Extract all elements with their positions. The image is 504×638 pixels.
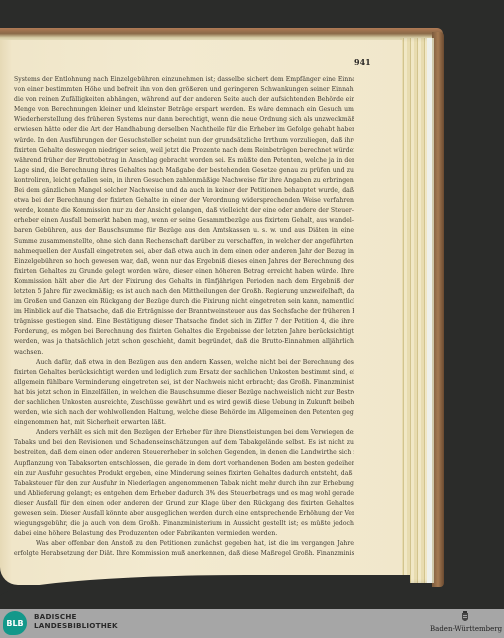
text-line: Summe zusammenstellte, ohne sich dann Re… [14, 237, 354, 247]
text-line: Kommission hält aber die Art der Fixirun… [14, 277, 354, 287]
text-line: die von reinen Zufälligkeiten abhängen, … [14, 95, 354, 105]
text-line: hat bis jetzt schon in Einzelfällen, in … [14, 388, 354, 398]
text-line: im Hinblick auf die Thatsache, daß die E… [14, 307, 354, 317]
text-line: Aupflanzung von Tabaksorten entschlossen… [14, 459, 354, 469]
text-line: werden, wie sich nach der wohlwollenden … [14, 408, 354, 418]
text-line: dabei eine höhere Belastung des Produzen… [14, 529, 354, 539]
text-line: nahmequellen der Ausfall eingetreten sei… [14, 247, 354, 257]
text-line: Tabaks und bei den Revisionen und Schade… [14, 438, 354, 448]
text-line: etwa bei der Berechnung der fixirten Geh… [14, 196, 354, 206]
text-line: baren Gebühren, aus der Bauschsumme für … [14, 226, 354, 236]
text-line: erwiesen hätte oder die Art der Handhabu… [14, 125, 354, 135]
page-stack-edge [400, 38, 434, 583]
state-label[interactable]: Baden-Württemberg [430, 625, 502, 633]
text-line: wachsen. [14, 348, 354, 358]
text-line: dieser Ausfall für den einen oder andere… [14, 499, 354, 509]
text-line: Was aber offenbar den Anstoß zu den Peti… [14, 539, 354, 549]
text-line: Anders verhält es sich mit den Bezügen d… [14, 428, 354, 438]
page-text-body: Systems der Entlohnung nach Einzelgebühr… [14, 75, 354, 560]
text-line: fixirten Gehaltes berücksichtigt werden … [14, 368, 354, 378]
text-line: werde, konnte die Kommission nur zu der … [14, 206, 354, 216]
text-line: der sachlichen Unkosten ausreichte, Zusc… [14, 398, 354, 408]
text-line: Einzelgebühren so hoch gewesen war, daß,… [14, 257, 354, 267]
text-line: Forderung, es mögen bei Berechnung des f… [14, 327, 354, 337]
text-line: Lage sind, die Berechnung ihres Gehaltes… [14, 166, 354, 176]
text-line: und Ablieferung gelangt; es entgehen dem… [14, 489, 354, 499]
coat-of-arms-icon [461, 611, 469, 624]
text-line: bestreiten, daß dem einen oder anderen S… [14, 448, 354, 458]
library-name-line2: LANDESBIBLIOTHEK [34, 621, 118, 630]
text-line: würde. In den Ausführungen der Gesuchste… [14, 136, 354, 146]
text-line: Wiederherstellung des früheren Systems n… [14, 115, 354, 125]
library-name[interactable]: BADISCHE LANDESBIBLIOTHEK [34, 612, 118, 630]
scan-viewer: 941 Systems der Entlohnung nach Einzelge… [0, 0, 504, 609]
footer-bar: BLB BADISCHE LANDESBIBLIOTHEK Baden-Würt… [0, 609, 504, 638]
text-line: erheber einen Ausfall bemerkt haben mag,… [14, 216, 354, 226]
text-line: ein zur Ausfuhr gesuchtes Produkt ergebe… [14, 469, 354, 479]
text-line: Bei dem gänzlichen Mangel solcher Nachwe… [14, 186, 354, 196]
text-line: von einer bestimmten Höhe und befreit ih… [14, 85, 354, 95]
text-line: trägnisse gestiegen sind. Eine Bestätigu… [14, 317, 354, 327]
text-line: im Großen und Ganzen ein Rückgang der Be… [14, 297, 354, 307]
text-line: allgemein fühlbare Verminderung eingetre… [14, 378, 354, 388]
text-line: kontroliren, leicht gefallen sein, in ih… [14, 176, 354, 186]
text-line: Systems der Entlohnung nach Einzelgebühr… [14, 75, 354, 85]
text-line: Tabaksteuer für den zur Ausfuhr in Niede… [14, 479, 354, 489]
library-name-line1: BADISCHE [34, 612, 118, 621]
text-line: wiegungsgebühr, die ja auch von dem Groß… [14, 519, 354, 529]
text-line: gewesen sein. Dieser Ausfall könnte aber… [14, 509, 354, 519]
text-line: während früher der Bruttobetrag in Ansch… [14, 156, 354, 166]
blb-logo-badge[interactable]: BLB [3, 611, 27, 635]
text-line: werden, was ja thatsächlich jetzt schon … [14, 337, 354, 347]
text-line: Auch dafür, daß etwa in den Bezügen aus … [14, 358, 354, 368]
text-line: eingenommen hat, mit Sicherheit erwarten… [14, 418, 354, 428]
text-line: fixirten Gehalte deswegen niedriger seie… [14, 146, 354, 156]
text-line: fixirten Gehaltes zu Grunde gelegt worde… [14, 267, 354, 277]
text-line: Menge von Berechnungen kleiner und klein… [14, 105, 354, 115]
text-line: letzten 5 Jahre für zweckmäßig; es ist a… [14, 287, 354, 297]
page-number: 941 [354, 57, 371, 67]
text-line: erfolgte Herabsetzung der Diät. Ihre Kom… [14, 549, 354, 559]
